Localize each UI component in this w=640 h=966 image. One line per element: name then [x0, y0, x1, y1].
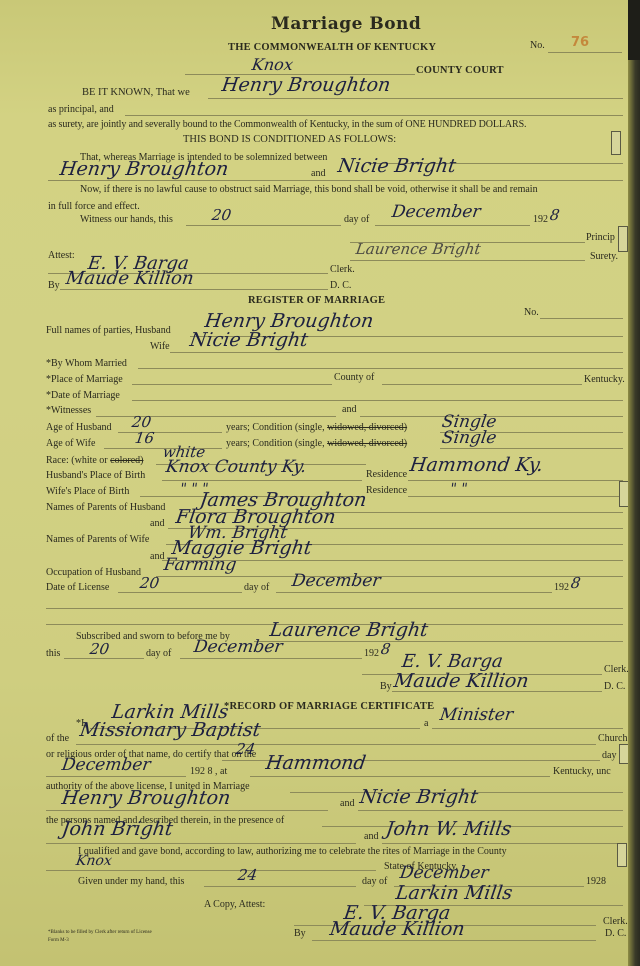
sworn-clerk-signature: E. V. Barga [401, 653, 504, 671]
cert-qualified-text: I qualified and gave bond, according to … [78, 846, 507, 858]
cert-given-year: 1928 [586, 876, 606, 888]
cert-year-at: 192 8 , at [190, 766, 227, 778]
footer-form-number: Form M-3 [48, 937, 69, 944]
attest-label: Attest: [48, 250, 75, 262]
age-husband-label: Age of Husband [46, 422, 112, 434]
bond-number-line [548, 52, 622, 53]
sworn-deputy-line [392, 691, 602, 692]
page-tab-marker-2 [618, 226, 628, 252]
register-number-line [540, 318, 623, 319]
wife-label: Wife [150, 341, 170, 353]
husband-parents-and: and [150, 518, 164, 530]
blank-line-1 [46, 608, 623, 609]
cert-day-label: day [602, 750, 616, 762]
bond-number: 76 [571, 35, 589, 50]
cert-county: Knox [75, 852, 113, 870]
husband-residence-label: Residence [366, 469, 407, 481]
commonwealth-heading: THE COMMONWEALTH OF KENTUCKY [228, 42, 436, 54]
cert-church-name: Missionary Baptist [79, 721, 262, 739]
bond-deputy-line [60, 289, 328, 290]
witnesses-label: *Witnesses [46, 405, 91, 417]
husband-residence-line [408, 480, 623, 481]
condition-wife-line [440, 448, 623, 449]
certificate-heading: *RECORD OF MARRIAGE CERTIFICATE [224, 701, 434, 713]
cert-bride: Nicie Bright [359, 788, 479, 806]
witness-year-digit: 8 [549, 206, 561, 224]
county-of-label: County of [334, 372, 374, 384]
conditioned-heading: THIS BOND IS CONDITIONED AS FOLLOWS: [183, 134, 396, 146]
footer-note: *Blanks to be filled by Clerk after retu… [48, 929, 152, 936]
occupation-label: Occupation of Husband [46, 567, 141, 579]
occupation-line [156, 576, 623, 577]
license-month: December [291, 572, 382, 590]
cert-deputy-line [312, 940, 596, 941]
page-edge-dark [628, 0, 640, 60]
document-page: Marriage Bond THE COMMONWEALTH OF KENTUC… [0, 0, 628, 966]
county-court-label: COUNTY COURT [416, 65, 504, 77]
bond-dc-label: D. C. [330, 280, 351, 292]
age-wife-label: Age of Wife [46, 438, 95, 450]
witness-month: December [391, 203, 482, 221]
husband-residence: Hammond Ky. [409, 456, 545, 474]
cert-witness-1: John Bright [61, 820, 174, 838]
page-edge-shadow [628, 0, 640, 966]
sworn-month-line [180, 658, 362, 659]
parties-line [48, 180, 623, 181]
full-force-text: in full force and effect. [48, 201, 140, 213]
license-day: 20 [139, 574, 161, 592]
witness-day-line [186, 225, 341, 226]
husband-birth-label: Husband's Place of Birth [46, 470, 145, 482]
sworn-day-of-label: day of [146, 648, 171, 660]
document-title: Marriage Bond [271, 14, 421, 34]
cert-county-line [46, 870, 376, 871]
cert-witness-and: and [364, 831, 378, 843]
condition-wife-label: years; Condition (single, widowed, divor… [226, 438, 407, 450]
principal-name: Henry Broughton [221, 76, 392, 94]
sworn-name: Laurence Bright [269, 621, 429, 639]
parents-husband-label: Names of Parents of Husband [46, 502, 165, 514]
as-principal-text: as principal, and [48, 104, 114, 116]
sworn-by-label: By [380, 681, 392, 693]
license-date-label: Date of License [46, 582, 109, 594]
surety-signature: Laurence Bright [355, 240, 482, 258]
cert-witness-2-line [382, 843, 623, 844]
sworn-deputy-signature: Maude Killion [393, 672, 530, 690]
wife-parents-and: and [150, 551, 164, 563]
sworn-dc-label: D. C. [604, 681, 625, 693]
cert-place: Hammond [265, 754, 367, 772]
sworn-day: 20 [89, 640, 111, 658]
cert-and-label: and [340, 798, 354, 810]
copy-attest-label: A Copy, Attest: [204, 899, 265, 911]
page-tab-marker [611, 131, 621, 155]
sworn-year-prefix: 192 [364, 648, 379, 660]
husband-birth: Knox County Ky. [165, 458, 308, 476]
parents-wife-label: Names of Parents of Wife [46, 534, 149, 546]
bond-deputy-signature: Maude Killion [65, 270, 195, 288]
by-whom-line [138, 368, 623, 369]
license-month-line [276, 592, 552, 593]
surety-name-line [125, 115, 623, 116]
condition-wife: Single [441, 429, 498, 447]
sworn-day-line [64, 658, 144, 659]
bond-and-text: and [311, 168, 325, 180]
license-day-of-label: day of [244, 582, 269, 594]
cert-given-label: Given under my hand, this [78, 876, 184, 888]
sworn-this-label: this [46, 648, 60, 660]
be-it-known-text: BE IT KNOWN, That we [82, 87, 190, 99]
bond-party-2: Nicie Bright [337, 157, 457, 175]
wife-line [170, 352, 623, 353]
cert-title: Minister [439, 706, 515, 724]
cert-witness-1-line [46, 843, 356, 844]
cert-month-line [46, 776, 186, 777]
date-of-marriage-label: *Date of Marriage [46, 390, 120, 402]
condition-husband-label: years; Condition (single, widowed, divor… [226, 422, 407, 434]
principal-line [208, 98, 623, 99]
husband-label: Full names of parties, Husband [46, 325, 171, 337]
cert-month: December [61, 756, 152, 774]
cert-church-line [76, 744, 596, 745]
cert-given-month: December [399, 864, 490, 882]
age-wife: 16 [134, 429, 156, 447]
sworn-month: December [193, 638, 284, 656]
cert-clerk-label: Clerk. [603, 916, 628, 928]
by-whom-label: *By Whom Married [46, 358, 127, 370]
cert-groom: Henry Broughton [61, 789, 232, 807]
cert-a-label: a [424, 718, 428, 730]
occupation: Farming [163, 556, 238, 574]
marriage-county-line [382, 384, 582, 385]
cert-by-label: By [294, 928, 306, 940]
register-husband: Henry Broughton [204, 312, 375, 330]
principal-sign-label: Princip [586, 232, 615, 244]
witness-day: 20 [211, 206, 233, 224]
sworn-year-digit: 8 [380, 640, 392, 658]
witnesses-and: and [342, 404, 356, 416]
wife-birth-label: Wife's Place of Birth [46, 486, 129, 498]
register-number-label: No. [524, 307, 539, 319]
license-year-prefix: 192 [554, 582, 569, 594]
cert-given-day: 24 [237, 866, 259, 884]
surety-signature-line [350, 260, 585, 261]
kentucky-label: Kentucky. [584, 374, 625, 386]
cert-dc-label: D. C. [605, 928, 626, 940]
cert-given-day-line [204, 886, 356, 887]
witness-month-line [375, 225, 530, 226]
cert-of-the-label: of the [46, 733, 69, 745]
bond-party-1: Henry Broughton [59, 160, 230, 178]
county-name: Knox [251, 56, 294, 74]
page-tab-marker-5 [617, 843, 627, 867]
register-wife: Nicie Bright [189, 331, 309, 349]
cert-officiant-signature: Larkin Mills [395, 884, 514, 902]
license-day-line [118, 592, 242, 593]
cert-kentucky-under: Kentucky, unc [553, 766, 611, 778]
sworn-clerk-label: Clerk. [604, 664, 629, 676]
bond-clerk-label: Clerk. [330, 264, 355, 276]
witness-day-of-label: day of [344, 214, 369, 226]
surety-obligation-text: as surety, are jointly and severally bou… [48, 119, 526, 131]
sworn-name-line [254, 641, 623, 642]
cert-groom-line [46, 810, 328, 811]
bond-number-label: No. [530, 40, 545, 52]
date-of-marriage-line [132, 400, 623, 401]
cert-deputy-signature: Maude Killion [329, 920, 466, 938]
register-heading: REGISTER OF MARRIAGE [248, 295, 385, 307]
now-if-text: Now, if there is no lawful cause to obst… [80, 184, 538, 196]
bond-by-label: By [48, 280, 60, 292]
cert-day: 24 [235, 740, 257, 758]
witness-year-prefix: 192 [533, 214, 548, 226]
surety-sign-label: Surety. [590, 251, 618, 263]
wife-residence-line [408, 496, 623, 497]
cert-title-line [432, 728, 623, 729]
race-label: Race: (white or colored) [46, 455, 143, 467]
witness-hands-label: Witness our hands, this [80, 214, 173, 226]
license-year-digit: 8 [570, 574, 582, 592]
cert-given-day-of: day of [362, 876, 387, 888]
place-line [132, 384, 332, 385]
cert-place-line [250, 776, 550, 777]
cert-witness-2: John W. Mills [385, 820, 513, 838]
place-label: *Place of Marriage [46, 374, 123, 386]
wife-residence-label: Residence [366, 485, 407, 497]
cert-bride-line [358, 810, 623, 811]
age-husband-line [118, 432, 222, 433]
